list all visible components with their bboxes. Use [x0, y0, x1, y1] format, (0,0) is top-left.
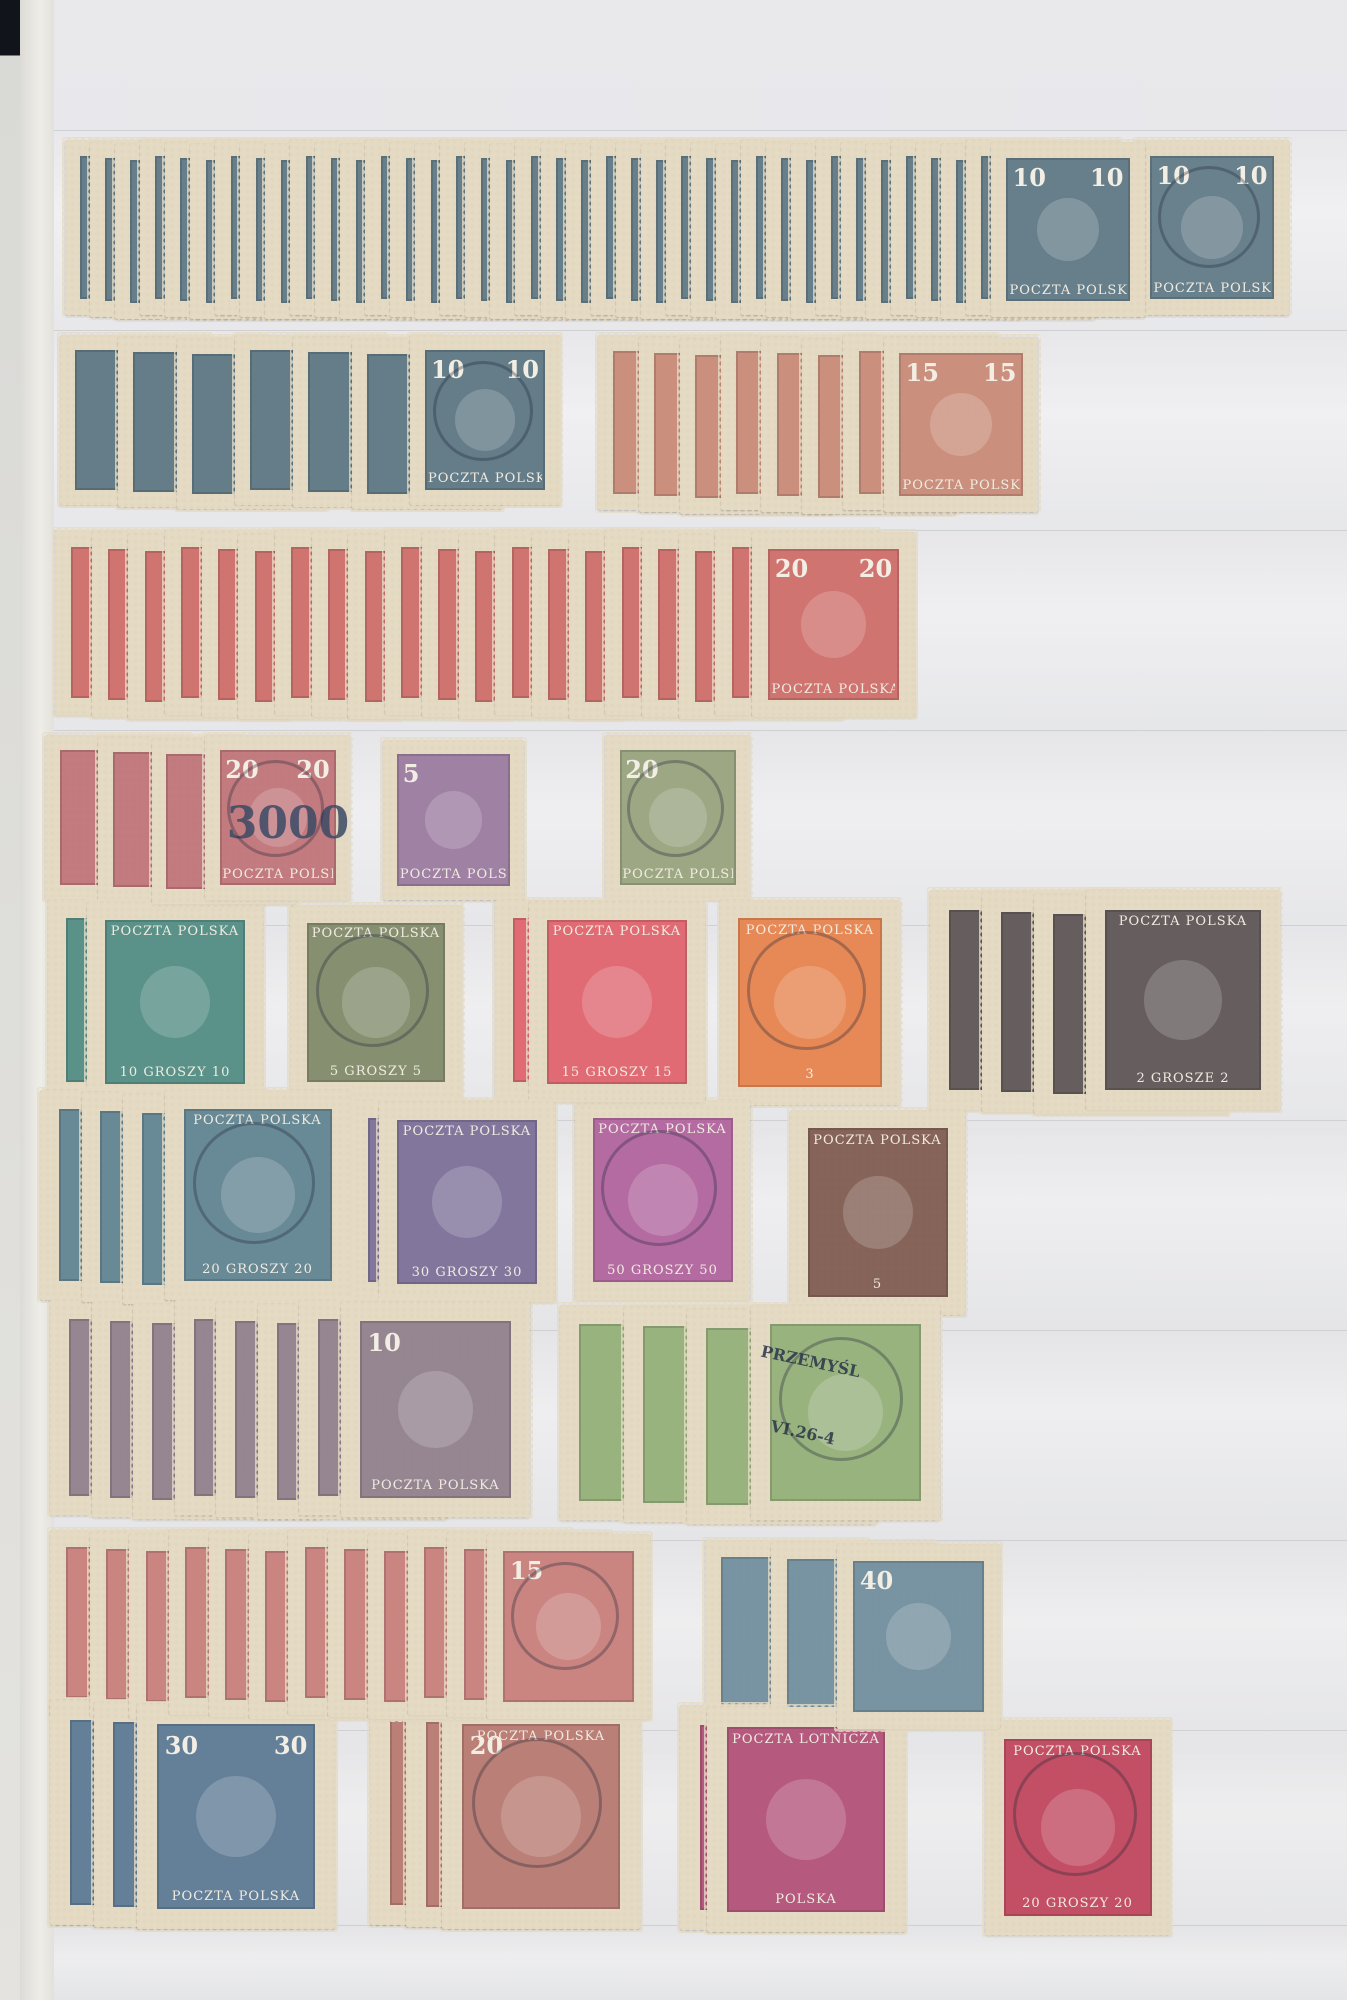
- stamp-denomination: 5: [811, 1277, 944, 1292]
- stamp: POCZTA POLSKA50 GROSZY 50: [575, 1100, 750, 1300]
- stamp: POCZTA POLSKA5 GROSZY 5: [290, 905, 462, 1100]
- stamp: POCZTA POLSKA30 GROSZY 30: [379, 1102, 555, 1302]
- stamp: 1010POCZTA POLSKA: [410, 335, 560, 505]
- stamp: 3030POCZTA POLSKA: [137, 1704, 335, 1929]
- stamp-bottom-text: POCZTA POLSKA: [622, 867, 732, 882]
- postmark-ring: [747, 931, 866, 1050]
- stamp: 15: [487, 1534, 650, 1719]
- postmark-ring: [316, 934, 429, 1047]
- stamp-denomination: 5 GROSZY 5: [311, 1064, 442, 1079]
- stamp: 10POCZTA POLSKA: [341, 1302, 530, 1517]
- stamp-bottom-text: POCZTA POLSKA: [1153, 281, 1270, 296]
- postmark-ring: [472, 1738, 602, 1868]
- stamp-value-right: 30: [274, 1731, 307, 1760]
- stamp-denomination: 50 GROSZY 50: [596, 1263, 729, 1278]
- stamp-bottom-text: POCZTA POLSKA: [364, 1478, 508, 1493]
- stamp-bottom-text: POCZTA POLSKA: [772, 682, 896, 697]
- stamp-denomination: 10 GROSZY 10: [108, 1065, 242, 1080]
- stamp-bottom-text: POCZTA POLSKA: [400, 867, 507, 882]
- stamp: 20POCZTA POLSKA: [605, 735, 750, 900]
- stamp-denomination: 20 GROSZY 20: [187, 1262, 328, 1277]
- stamp: PRZEMYŚLVI.26-4: [751, 1305, 940, 1520]
- stamp: POCZTA POLSKA20 GROSZY 20: [985, 1720, 1170, 1935]
- postmark-ring: [511, 1562, 619, 1670]
- postmark-ring: [227, 760, 324, 857]
- postmark-ring: [1013, 1752, 1137, 1876]
- stamp-denomination: 20 GROSZY 20: [1007, 1896, 1148, 1911]
- stamp: POCZTA POLSKA15 GROSZY 15: [529, 902, 705, 1102]
- stamp: POCZTA POLSKA20 GROSZY 20: [165, 1090, 350, 1300]
- stamp-bottom-text: POCZTA POLSKA: [1009, 283, 1126, 298]
- stamp: POCZTA POLSKA2 GROSZE 2: [1086, 890, 1280, 1110]
- postmark-ring: [627, 760, 724, 857]
- stamp: 2020POCZTA POLSKA: [752, 532, 915, 717]
- postmark-ring: [1158, 166, 1260, 268]
- postmark-ring: [193, 1122, 315, 1244]
- stamp: POCZTA POLSKA5: [790, 1110, 965, 1315]
- stamp-denomination: 30 GROSZY 30: [400, 1265, 534, 1280]
- stamp-bottom-text: POCZTA POLSKA: [161, 1889, 312, 1904]
- stamp: 20POCZTA POLSKA: [442, 1704, 640, 1929]
- postmark-ring: [779, 1337, 903, 1461]
- stamp-denomination: 15 GROSZY 15: [550, 1065, 684, 1080]
- stamp-bottom-text: POCZTA POLSKA: [222, 867, 332, 882]
- stamp: 1515POCZTA POLSKA: [884, 337, 1038, 512]
- stamp-denomination: 2 GROSZE 2: [1109, 1071, 1256, 1086]
- postmark-ring: [433, 361, 533, 461]
- stamp: 5POCZTA POLSKA: [383, 740, 524, 900]
- stamp: POCZTA POLSKA10 GROSZY 10: [87, 902, 263, 1102]
- stamp: POCZTA POLSKA3: [720, 900, 900, 1105]
- stamp: 1010POCZTA POLSKA: [1135, 140, 1289, 315]
- stamp: 40: [837, 1544, 1000, 1729]
- stamp-bottom-text: POCZTA POLSKA: [428, 471, 542, 486]
- postmark-ring: [601, 1130, 717, 1246]
- stamp: 2020POCZTA POLSKA3000: [205, 735, 350, 900]
- stamp: POCZTA LOTNICZAPOLSKA: [707, 1707, 905, 1932]
- stamp-bottom-text: POCZTA POLSKA: [902, 478, 1019, 493]
- stamp-bottom-text: POLSKA: [731, 1892, 882, 1907]
- stamp-denomination: 3: [742, 1067, 879, 1082]
- stamp: 1010POCZTA POLSKA: [991, 142, 1145, 317]
